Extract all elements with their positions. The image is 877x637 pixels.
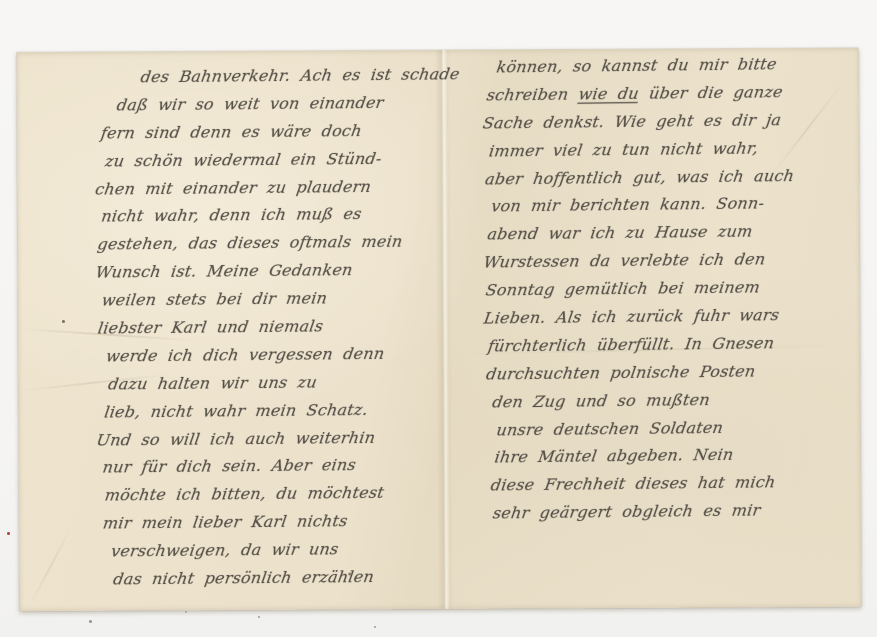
handwriting-line: weilen stets bei dir mein (100, 284, 454, 315)
handwriting-line: werde ich dich vergessen denn (104, 339, 454, 370)
dust-speck (258, 616, 260, 618)
handwriting-line: fern sind denn es wäre doch (99, 116, 453, 147)
letter-scan: des Bahnverkehr. Ach es ist schadedaß wi… (0, 0, 877, 637)
handwriting-line: lieb, nicht wahr mein Schatz. (102, 395, 454, 426)
dust-speck (185, 611, 187, 613)
handwriting-line: liebster Karl und niemals (96, 311, 454, 342)
handwriting-line: das nicht persönlich erzählen (111, 562, 455, 593)
dust-speck (89, 620, 92, 623)
handwriting-line: fürchterlich überfüllt. In Gnesen (486, 328, 872, 360)
page-right: können, so kannst du mir bitteschreiben … (483, 52, 871, 528)
handwriting-line: daß wir so weit von einander (115, 88, 453, 119)
handwriting-line: nur für dich sein. Aber eins (101, 451, 455, 482)
dust-speck (374, 626, 376, 628)
handwriting-line: sehr geärgert obgleich es mir (491, 496, 873, 528)
handwriting-line: können, so kannst du mir bitte (495, 49, 871, 81)
dust-speck (62, 320, 65, 323)
handwriting-line: des Bahnverkehr. Ach es ist schade (139, 61, 453, 92)
letter-paper: des Bahnverkehr. Ach es ist schadedaß wi… (17, 48, 862, 611)
handwriting-line: Und so will ich auch weiterhin (95, 423, 455, 454)
page-left: des Bahnverkehr. Ach es ist schadedaß wi… (95, 62, 454, 594)
handwriting-line: mir mein lieber Karl nichts (101, 507, 455, 538)
handwriting-line: immer viel zu tun nicht wahr, (487, 133, 871, 165)
handwriting-line: chen mit einander zu plaudern (93, 172, 453, 203)
handwriting-line: durchsuchten polnische Posten (484, 356, 872, 388)
crease (28, 527, 72, 608)
handwriting-line: Sonntag gemütlich bei meinem (484, 273, 872, 305)
handwriting-line: den Zug und so mußten (490, 384, 872, 416)
handwriting-line: möchte ich bitten, du möchtest (103, 479, 455, 510)
handwriting-line: Lieben. Als ich zurück fuhr wars (482, 300, 872, 332)
handwriting-line: zu schön wiedermal ein Stünd- (103, 144, 453, 175)
handwriting-line: schreiben wie du über die ganze (485, 77, 871, 109)
underlined-phrase: wie du (577, 84, 640, 104)
dust-speck (348, 572, 351, 575)
handwriting-line: verschweigen, da wir uns (109, 535, 455, 566)
handwriting-line: Sache denkst. Wie geht es dir ja (481, 105, 871, 137)
handwriting-line: Wunsch ist. Meine Gedanken (94, 256, 454, 287)
handwriting-line: nicht wahr, denn ich muß es (99, 200, 453, 231)
handwriting-line: dazu halten wir uns zu (106, 367, 454, 398)
dust-speck (7, 532, 10, 535)
handwriting-line: gestehen, das dieses oftmals mein (95, 228, 453, 259)
